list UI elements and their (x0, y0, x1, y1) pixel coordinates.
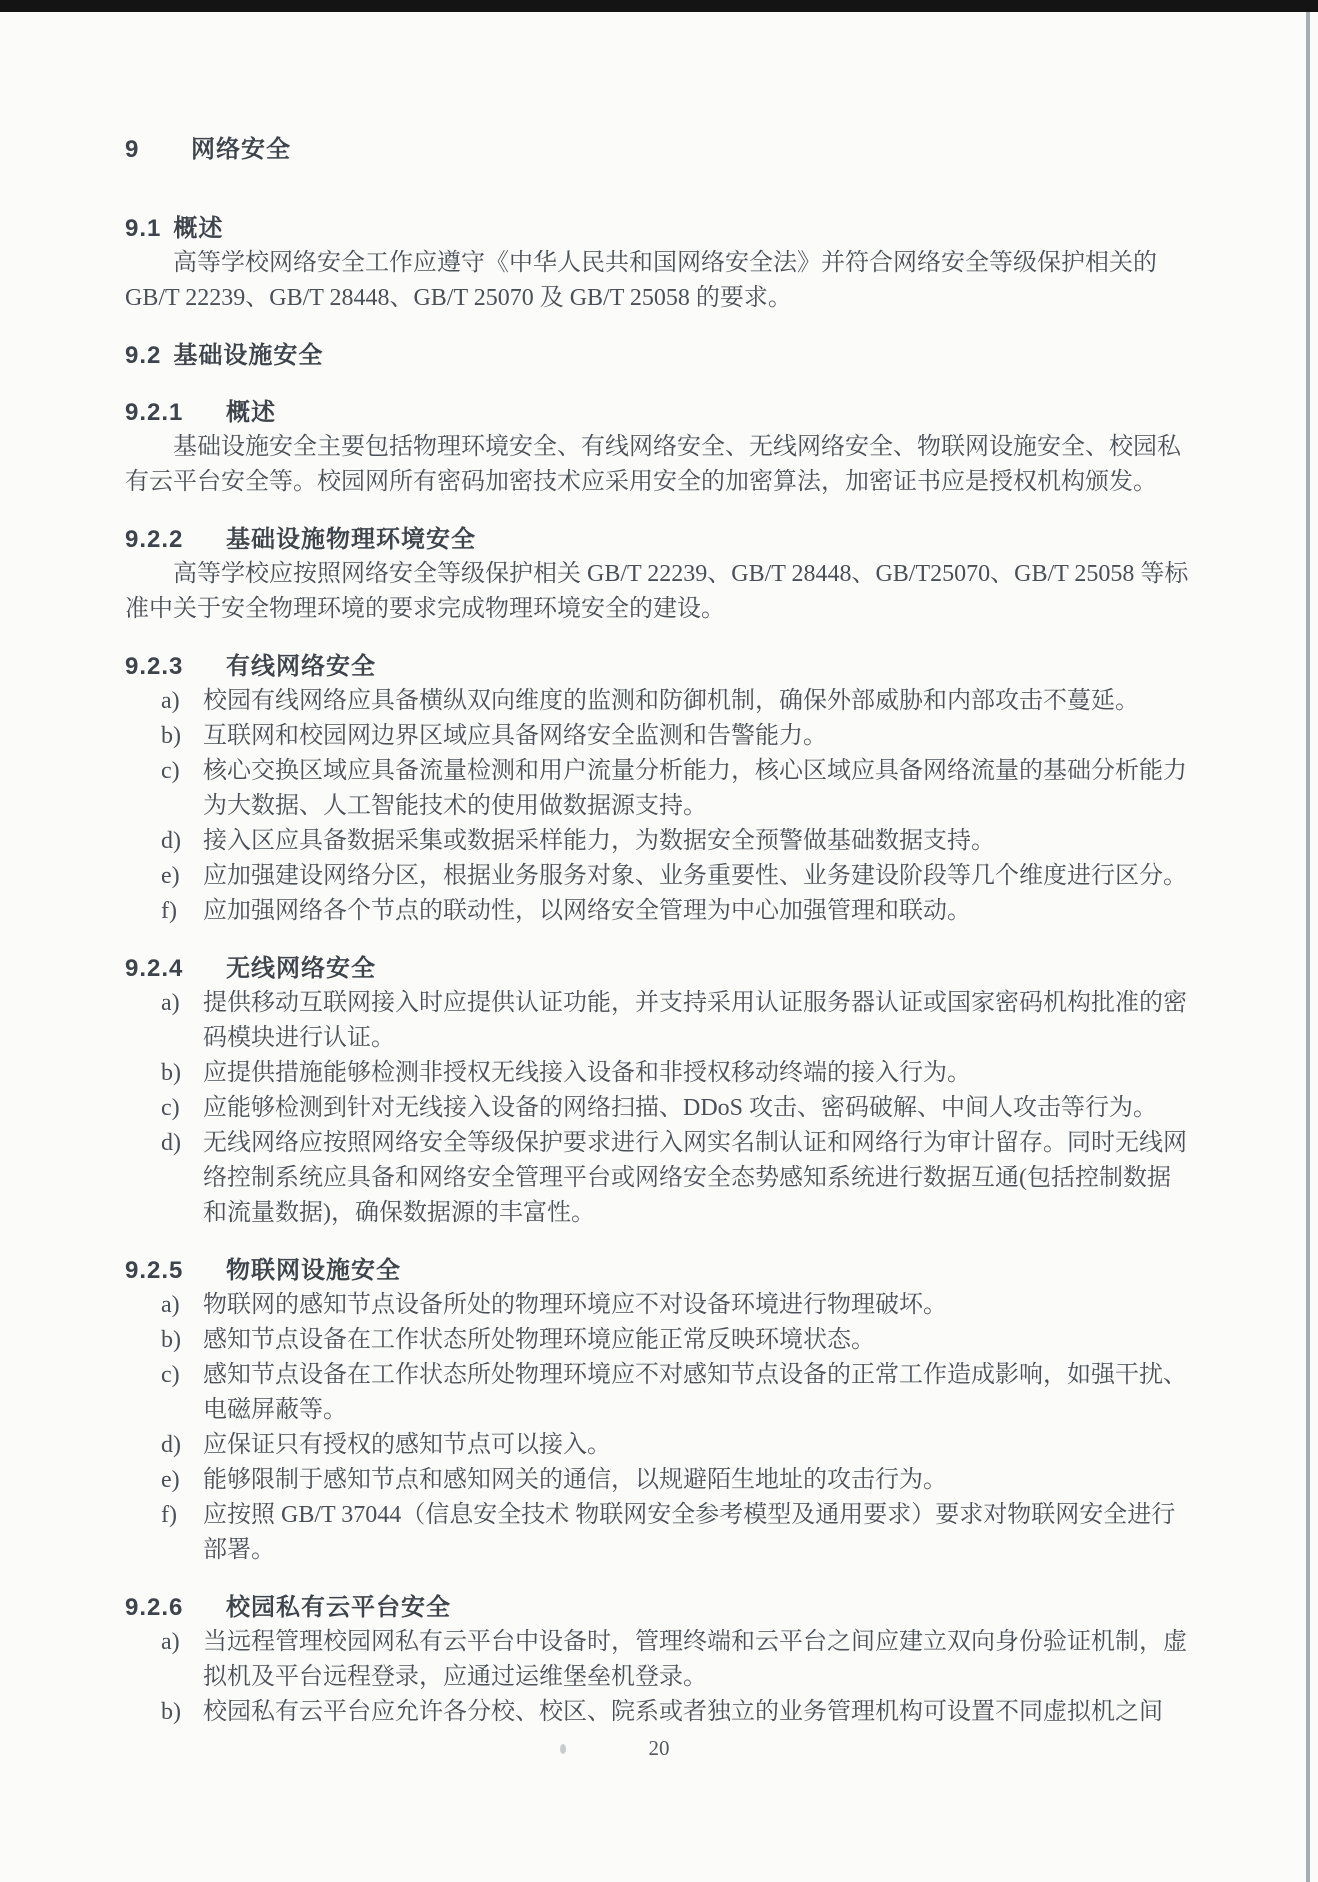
section-number: 9.2.5 (125, 1253, 200, 1288)
section-title: 校园私有云平台安全 (226, 1590, 451, 1625)
scan-edge-top-bar (0, 0, 1318, 12)
list-item-label: a) (161, 1288, 203, 1323)
list-item: a)校园有线网络应具备横纵双向维度的监测和防御机制，确保外部威胁和内部攻击不蔓延… (125, 684, 1190, 719)
document-body: 9网络安全9.1概述高等学校网络安全工作应遵守《中华人民共和国网络安全法》并符合… (125, 132, 1190, 1730)
list-item-text: 接入区应具备数据采集或数据采样能力，为数据安全预警做基础数据支持。 (203, 824, 1190, 859)
list-item-text: 应提供措施能够检测非授权无线接入设备和非授权移动终端的接入行为。 (203, 1056, 1190, 1091)
section-title: 有线网络安全 (226, 649, 376, 684)
list-item-label: f) (161, 894, 203, 929)
section-number: 9.1 (125, 211, 161, 246)
section-number: 9.2.3 (125, 649, 200, 684)
section-title: 网络安全 (191, 132, 291, 167)
section-heading-9.2.4: 9.2.4无线网络安全 (125, 951, 1190, 986)
section-title: 基础设施安全 (173, 338, 323, 373)
section-title: 概述 (226, 395, 276, 430)
list-item: d)无线网络应按照网络安全等级保护要求进行入网实名制认证和网络行为审计留存。同时… (125, 1126, 1190, 1231)
section-number: 9.2 (125, 338, 161, 373)
list-item: b)应提供措施能够检测非授权无线接入设备和非授权移动终端的接入行为。 (125, 1056, 1190, 1091)
section-title: 无线网络安全 (226, 951, 376, 986)
section-heading-9.2.1: 9.2.1概述 (125, 395, 1190, 430)
section-number: 9.2.2 (125, 522, 200, 557)
section-title: 基础设施物理环境安全 (226, 522, 476, 557)
list-item-label: c) (161, 754, 203, 824)
list-item-text: 应按照 GB/T 37044（信息安全技术 物联网安全参考模型及通用要求）要求对… (203, 1498, 1190, 1568)
list-item: b)互联网和校园网边界区域应具备网络安全监测和告警能力。 (125, 719, 1190, 754)
list-item-text: 当远程管理校园网私有云平台中设备时，管理终端和云平台之间应建立双向身份验证机制，… (203, 1625, 1190, 1695)
list-item: e)应加强建设网络分区，根据业务服务对象、业务重要性、业务建设阶段等几个维度进行… (125, 859, 1190, 894)
list-item: c)应能够检测到针对无线接入设备的网络扫描、DDoS 攻击、密码破解、中间人攻击… (125, 1091, 1190, 1126)
list-item: c)感知节点设备在工作状态所处物理环境应不对感知节点设备的正常工作造成影响，如强… (125, 1358, 1190, 1428)
section-heading-9.2.6: 9.2.6校园私有云平台安全 (125, 1590, 1190, 1625)
section-heading-9.2.5: 9.2.5物联网设施安全 (125, 1253, 1190, 1288)
section-heading-9.2: 9.2基础设施安全 (125, 338, 1190, 373)
list-item-label: a) (161, 1625, 203, 1695)
scanned-document-page: 9网络安全9.1概述高等学校网络安全工作应遵守《中华人民共和国网络安全法》并符合… (0, 0, 1318, 1882)
list-item-label: a) (161, 986, 203, 1056)
list-item-text: 物联网的感知节点设备所处的物理环境应不对设备环境进行物理破坏。 (203, 1288, 1190, 1323)
list-item: b)感知节点设备在工作状态所处物理环境应能正常反映环境状态。 (125, 1323, 1190, 1358)
paragraph: 基础设施安全主要包括物理环境安全、有线网络安全、无线网络安全、物联网设施安全、校… (125, 430, 1190, 500)
list-item-label: e) (161, 1463, 203, 1498)
list-item-label: c) (161, 1358, 203, 1428)
list-item-text: 应加强网络各个节点的联动性，以网络安全管理为中心加强管理和联动。 (203, 894, 1190, 929)
list-item: a)物联网的感知节点设备所处的物理环境应不对设备环境进行物理破坏。 (125, 1288, 1190, 1323)
list-item-label: d) (161, 1428, 203, 1463)
paragraph: 高等学校应按照网络安全等级保护相关 GB/T 22239、GB/T 28448、… (125, 557, 1190, 627)
list-item: b)校园私有云平台应允许各分校、校区、院系或者独立的业务管理机构可设置不同虚拟机… (125, 1695, 1190, 1730)
list-item-text: 应保证只有授权的感知节点可以接入。 (203, 1428, 1190, 1463)
section-number: 9 (125, 132, 165, 167)
list-item-label: c) (161, 1091, 203, 1126)
list-item-label: b) (161, 1695, 203, 1730)
list-item-text: 互联网和校园网边界区域应具备网络安全监测和告警能力。 (203, 719, 1190, 754)
list-item: f)应加强网络各个节点的联动性，以网络安全管理为中心加强管理和联动。 (125, 894, 1190, 929)
section-title: 概述 (173, 211, 223, 246)
list-item-label: b) (161, 1323, 203, 1358)
section-heading-9: 9网络安全 (125, 132, 1190, 167)
list-item-label: e) (161, 859, 203, 894)
section-number: 9.2.4 (125, 951, 200, 986)
list-item-text: 校园私有云平台应允许各分校、校区、院系或者独立的业务管理机构可设置不同虚拟机之间 (203, 1695, 1190, 1730)
scan-edge-right-line (1306, 12, 1310, 1882)
list-item-label: d) (161, 824, 203, 859)
list-item-text: 应加强建设网络分区，根据业务服务对象、业务重要性、业务建设阶段等几个维度进行区分… (203, 859, 1190, 894)
list-item: d)应保证只有授权的感知节点可以接入。 (125, 1428, 1190, 1463)
list-item: c)核心交换区域应具备流量检测和用户流量分析能力，核心区域应具备网络流量的基础分… (125, 754, 1190, 824)
list-item-text: 提供移动互联网接入时应提供认证功能，并支持采用认证服务器认证或国家密码机构批准的… (203, 986, 1190, 1056)
list-item-text: 感知节点设备在工作状态所处物理环境应不对感知节点设备的正常工作造成影响，如强干扰… (203, 1358, 1190, 1428)
list-item-label: a) (161, 684, 203, 719)
section-title: 物联网设施安全 (226, 1253, 401, 1288)
list-item: d)接入区应具备数据采集或数据采样能力，为数据安全预警做基础数据支持。 (125, 824, 1190, 859)
section-heading-9.2.3: 9.2.3有线网络安全 (125, 649, 1190, 684)
list-item: a)当远程管理校园网私有云平台中设备时，管理终端和云平台之间应建立双向身份验证机… (125, 1625, 1190, 1695)
list-item-text: 能够限制于感知节点和感知网关的通信，以规避陌生地址的攻击行为。 (203, 1463, 1190, 1498)
list-item-label: b) (161, 719, 203, 754)
paragraph: 高等学校网络安全工作应遵守《中华人民共和国网络安全法》并符合网络安全等级保护相关… (125, 246, 1190, 316)
list-item-text: 校园有线网络应具备横纵双向维度的监测和防御机制，确保外部威胁和内部攻击不蔓延。 (203, 684, 1190, 719)
section-heading-9.1: 9.1概述 (125, 211, 1190, 246)
list-item-text: 应能够检测到针对无线接入设备的网络扫描、DDoS 攻击、密码破解、中间人攻击等行… (203, 1091, 1190, 1126)
list-item: f)应按照 GB/T 37044（信息安全技术 物联网安全参考模型及通用要求）要… (125, 1498, 1190, 1568)
list-item-label: b) (161, 1056, 203, 1091)
list-item-text: 核心交换区域应具备流量检测和用户流量分析能力，核心区域应具备网络流量的基础分析能… (203, 754, 1190, 824)
list-item-text: 无线网络应按照网络安全等级保护要求进行入网实名制认证和网络行为审计留存。同时无线… (203, 1126, 1190, 1231)
list-item: a)提供移动互联网接入时应提供认证功能，并支持采用认证服务器认证或国家密码机构批… (125, 986, 1190, 1056)
list-item: e)能够限制于感知节点和感知网关的通信，以规避陌生地址的攻击行为。 (125, 1463, 1190, 1498)
list-item-label: d) (161, 1126, 203, 1231)
section-number: 9.2.6 (125, 1590, 200, 1625)
section-heading-9.2.2: 9.2.2基础设施物理环境安全 (125, 522, 1190, 557)
list-item-text: 感知节点设备在工作状态所处物理环境应能正常反映环境状态。 (203, 1323, 1190, 1358)
page-number: 20 (0, 1736, 1318, 1761)
list-item-label: f) (161, 1498, 203, 1568)
section-number: 9.2.1 (125, 395, 200, 430)
